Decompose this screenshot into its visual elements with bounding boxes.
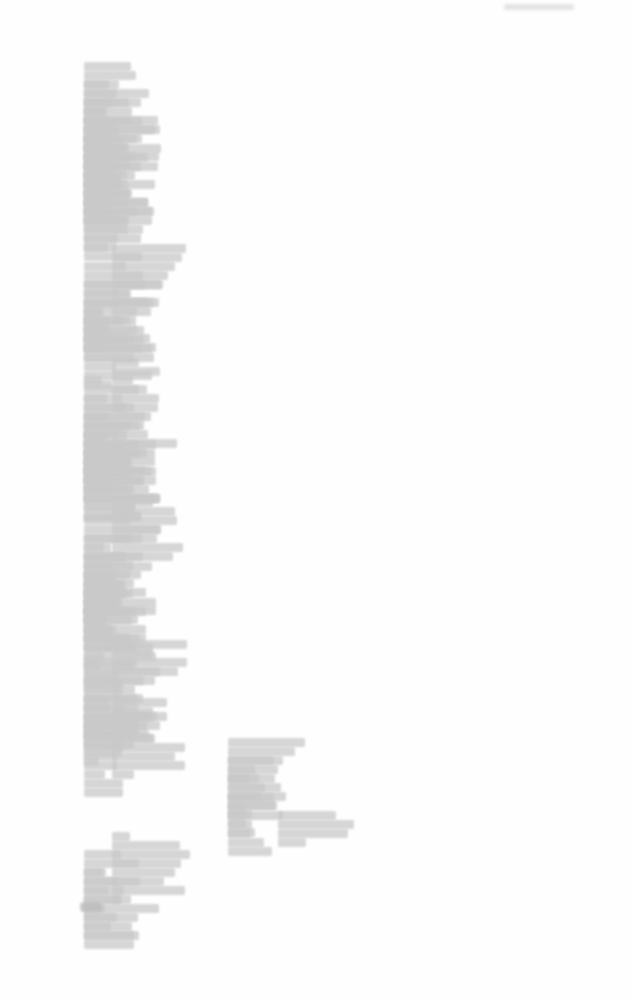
- text-line: [112, 698, 584, 707]
- text-line: [84, 413, 600, 422]
- text-line: [84, 153, 600, 162]
- text-line: [84, 607, 364, 616]
- running-header: [illegible]: [504, 4, 574, 10]
- text-line: [112, 358, 600, 367]
- text-line: [84, 658, 600, 667]
- text-line: [112, 640, 600, 649]
- text-line: [84, 98, 600, 107]
- text-line: [84, 571, 600, 580]
- text-line: [278, 811, 538, 820]
- text-line: [84, 171, 600, 180]
- text-line: [84, 262, 600, 271]
- text-line: [112, 244, 600, 253]
- text-line: [84, 317, 324, 326]
- text-line: [84, 589, 600, 598]
- text-line: [84, 299, 600, 308]
- text-line: [112, 498, 600, 507]
- text-line: [84, 280, 600, 289]
- document-page: [illegible] [illegible]: [0, 0, 632, 1000]
- page-number: [illegible]: [80, 902, 102, 912]
- text-line: [84, 376, 600, 385]
- text-line: [112, 832, 600, 841]
- text-line: [84, 117, 600, 126]
- text-line: [228, 756, 528, 765]
- text-line: [228, 738, 528, 747]
- text-line: [84, 449, 600, 458]
- text-line: [84, 850, 600, 859]
- text-line: [84, 62, 600, 71]
- text-line: [84, 80, 600, 89]
- text-line: [84, 189, 343, 198]
- text-line: [228, 774, 528, 783]
- text-line: [84, 467, 447, 476]
- text-line: [84, 431, 600, 440]
- text-line: [84, 553, 600, 562]
- text-line: [84, 676, 600, 685]
- text-line: [84, 716, 482, 725]
- text-line: [228, 793, 528, 802]
- text-line: [84, 534, 600, 543]
- text-line: [84, 868, 462, 877]
- text-line: [84, 135, 600, 144]
- text-line: [84, 394, 600, 403]
- text-line: [84, 516, 600, 525]
